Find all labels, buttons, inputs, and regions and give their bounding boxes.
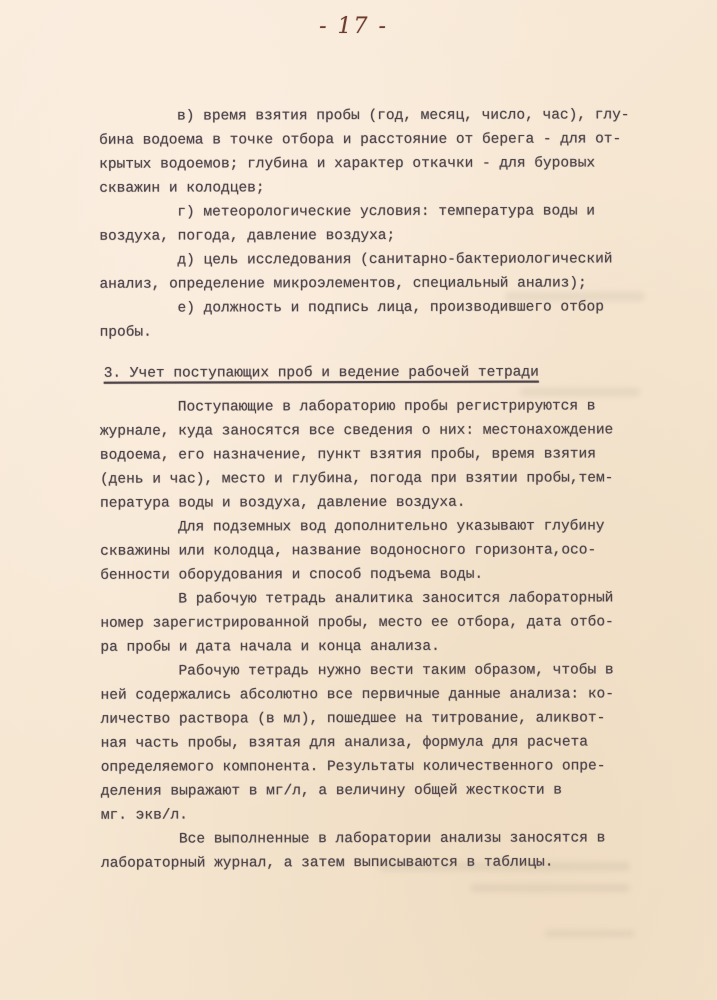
document-body: в) время взятия пробы (год, месяц, число… — [99, 103, 646, 875]
paragraph-item-d: д) цель исследования (санитарно-бактерио… — [99, 247, 644, 296]
paragraph-groundwater: Для подземных вод дополнительно указываю… — [100, 514, 645, 587]
bleed-through-mark — [470, 884, 630, 892]
scanned-page: - 17 - в) время взятия пробы (год, месяц… — [0, 0, 717, 1000]
bleed-through-mark — [545, 930, 635, 937]
paragraph-item-v: в) время взятия пробы (год, месяц, число… — [99, 103, 644, 200]
paragraph-registration: Поступающие в лабораторию пробы регистри… — [100, 394, 645, 515]
paragraph-notebook-rules: Рабочую тетрадь нужно вести таким образо… — [100, 658, 645, 827]
paragraph-item-g: г) метеорологические условия: температур… — [99, 199, 644, 248]
paragraph-notebook-number: В рабочую тетрадь аналитика заносится ла… — [100, 586, 645, 659]
page-number: - 17 - — [0, 14, 707, 39]
paragraph-item-e: е) должность и подпись лица, производивш… — [99, 295, 644, 344]
paragraph-journal: Все выполненные в лаборатории анализы за… — [101, 826, 646, 875]
section-heading: 3. Учет поступающих проб и ведение рабоч… — [100, 360, 645, 385]
